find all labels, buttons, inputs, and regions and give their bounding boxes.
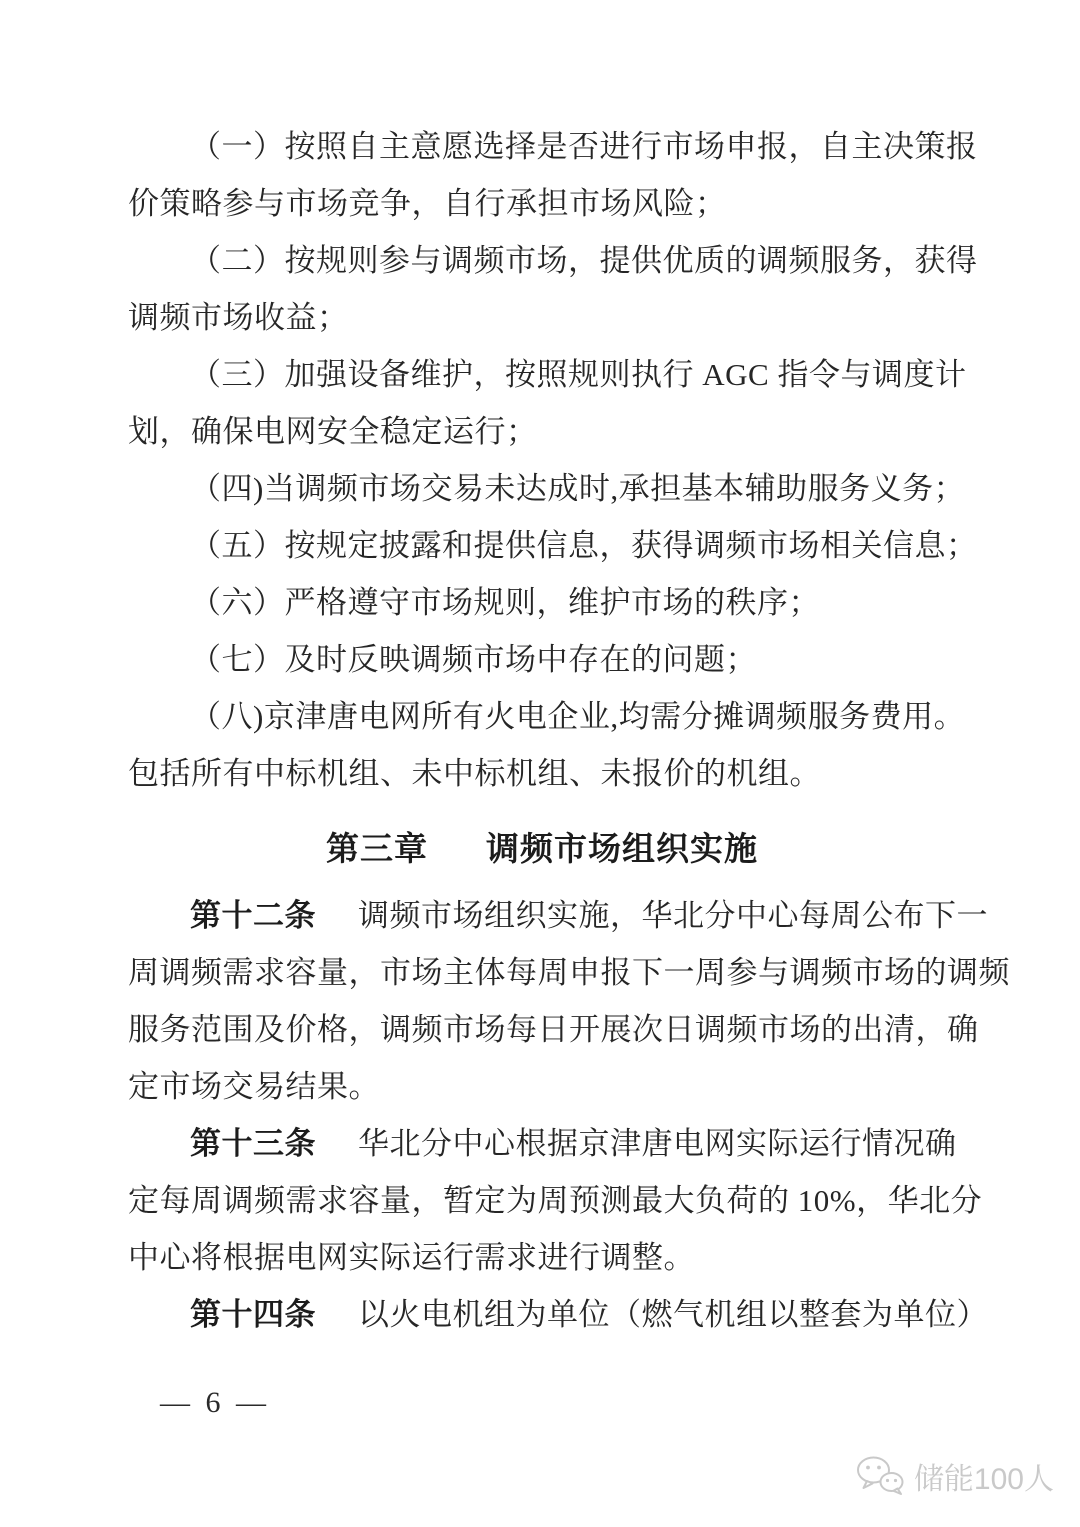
text-segment: 价策略参与市场竞争，自行承担市场风险； (128, 186, 727, 221)
document-line: 第十四条以火电机组为单位（燃气机组以整套为单位） (128, 1286, 956, 1343)
text-segment: 定市场交易结果。 (128, 1069, 380, 1104)
watermark-label: 储能100人 (914, 1454, 1054, 1498)
wechat-icon (856, 1455, 904, 1497)
document-line: 第十三条华北分中心根据京津唐电网实际运行情况确 (128, 1115, 956, 1172)
text-segment: 调频市场组织实施 (486, 830, 758, 867)
text-segment: 周调频需求容量，市场主体每周申报下一周参与调频市场的调频 (128, 955, 1010, 990)
document-line: 调频市场收益； (128, 289, 956, 346)
article-number: 第十二条 (190, 898, 316, 933)
watermark: 储能100人 (856, 1454, 1054, 1498)
text-segment: （八)京津唐电网所有火电企业,均需分摊调频服务费用。 (190, 699, 965, 734)
text-segment: 以火电机组为单位（燃气机组以整套为单位） (358, 1297, 988, 1332)
document-line: （七）及时反映调频市场中存在的问题； (128, 631, 956, 688)
text-segment: （四)当调频市场交易未达成时,承担基本辅助服务义务； (190, 471, 965, 506)
text-segment: 包括所有中标机组、未中标机组、未报价的机组。 (128, 756, 821, 791)
text-segment: 调频市场收益； (128, 300, 349, 335)
article-number: 第三章 (326, 830, 428, 867)
text-segment: （五）按规定披露和提供信息，获得调频市场相关信息； (190, 528, 978, 563)
text-segment: 服务范围及价格，调频市场每日开展次日调频市场的出清，确 (128, 1012, 979, 1047)
document-line: 定每周调频需求容量，暂定为周预测最大负荷的 10%，华北分 (128, 1172, 956, 1229)
text-segment: 划，确保电网安全稳定运行； (128, 414, 538, 449)
text-segment: 中心将根据电网实际运行需求进行调整。 (128, 1240, 695, 1275)
document-line: 服务范围及价格，调频市场每日开展次日调频市场的出清，确 (128, 1001, 956, 1058)
document-line: （六）严格遵守市场规则，维护市场的秩序； (128, 574, 956, 631)
text-segment: 调频市场组织实施，华北分中心每周公布下一 (358, 898, 988, 933)
text-segment: （三）加强设备维护，按照规则执行 AGC 指令与调度计 (190, 357, 966, 392)
document-line: （四)当调频市场交易未达成时,承担基本辅助服务义务； (128, 460, 956, 517)
text-segment: 华北分中心根据京津唐电网实际运行情况确 (358, 1126, 957, 1161)
article-number: 第十四条 (190, 1297, 316, 1332)
document-line: 第十二条调频市场组织实施，华北分中心每周公布下一 (128, 887, 956, 944)
document-line: 划，确保电网安全稳定运行； (128, 403, 956, 460)
document-line: （一）按照自主意愿选择是否进行市场申报，自主决策报 (128, 118, 956, 175)
document-line: 定市场交易结果。 (128, 1058, 956, 1115)
text-segment: （七）及时反映调频市场中存在的问题； (190, 642, 757, 677)
document-body: （一）按照自主意愿选择是否进行市场申报，自主决策报价策略参与市场竞争，自行承担市… (128, 118, 956, 1343)
text-segment: （六）严格遵守市场规则，维护市场的秩序； (190, 585, 820, 620)
document-line: （五）按规定披露和提供信息，获得调频市场相关信息； (128, 517, 956, 574)
chapter-heading: 第三章调频市场组织实施 (128, 820, 956, 877)
text-segment: （二）按规则参与调频市场，提供优质的调频服务，获得 (190, 243, 978, 278)
text-segment: 定每周调频需求容量，暂定为周预测最大负荷的 10%，华北分 (128, 1183, 982, 1218)
document-line: （二）按规则参与调频市场，提供优质的调频服务，获得 (128, 232, 956, 289)
document-line: 周调频需求容量，市场主体每周申报下一周参与调频市场的调频 (128, 944, 956, 1001)
article-number: 第十三条 (190, 1126, 316, 1161)
document-line: 价策略参与市场竞争，自行承担市场风险； (128, 175, 956, 232)
document-line: （八)京津唐电网所有火电企业,均需分摊调频服务费用。 (128, 688, 956, 745)
document-line: （三）加强设备维护，按照规则执行 AGC 指令与调度计 (128, 346, 956, 403)
page-number: — 6 — (160, 1386, 270, 1420)
document-line: 包括所有中标机组、未中标机组、未报价的机组。 (128, 745, 956, 802)
text-segment: （一）按照自主意愿选择是否进行市场申报，自主决策报 (190, 129, 978, 164)
document-line: 中心将根据电网实际运行需求进行调整。 (128, 1229, 956, 1286)
